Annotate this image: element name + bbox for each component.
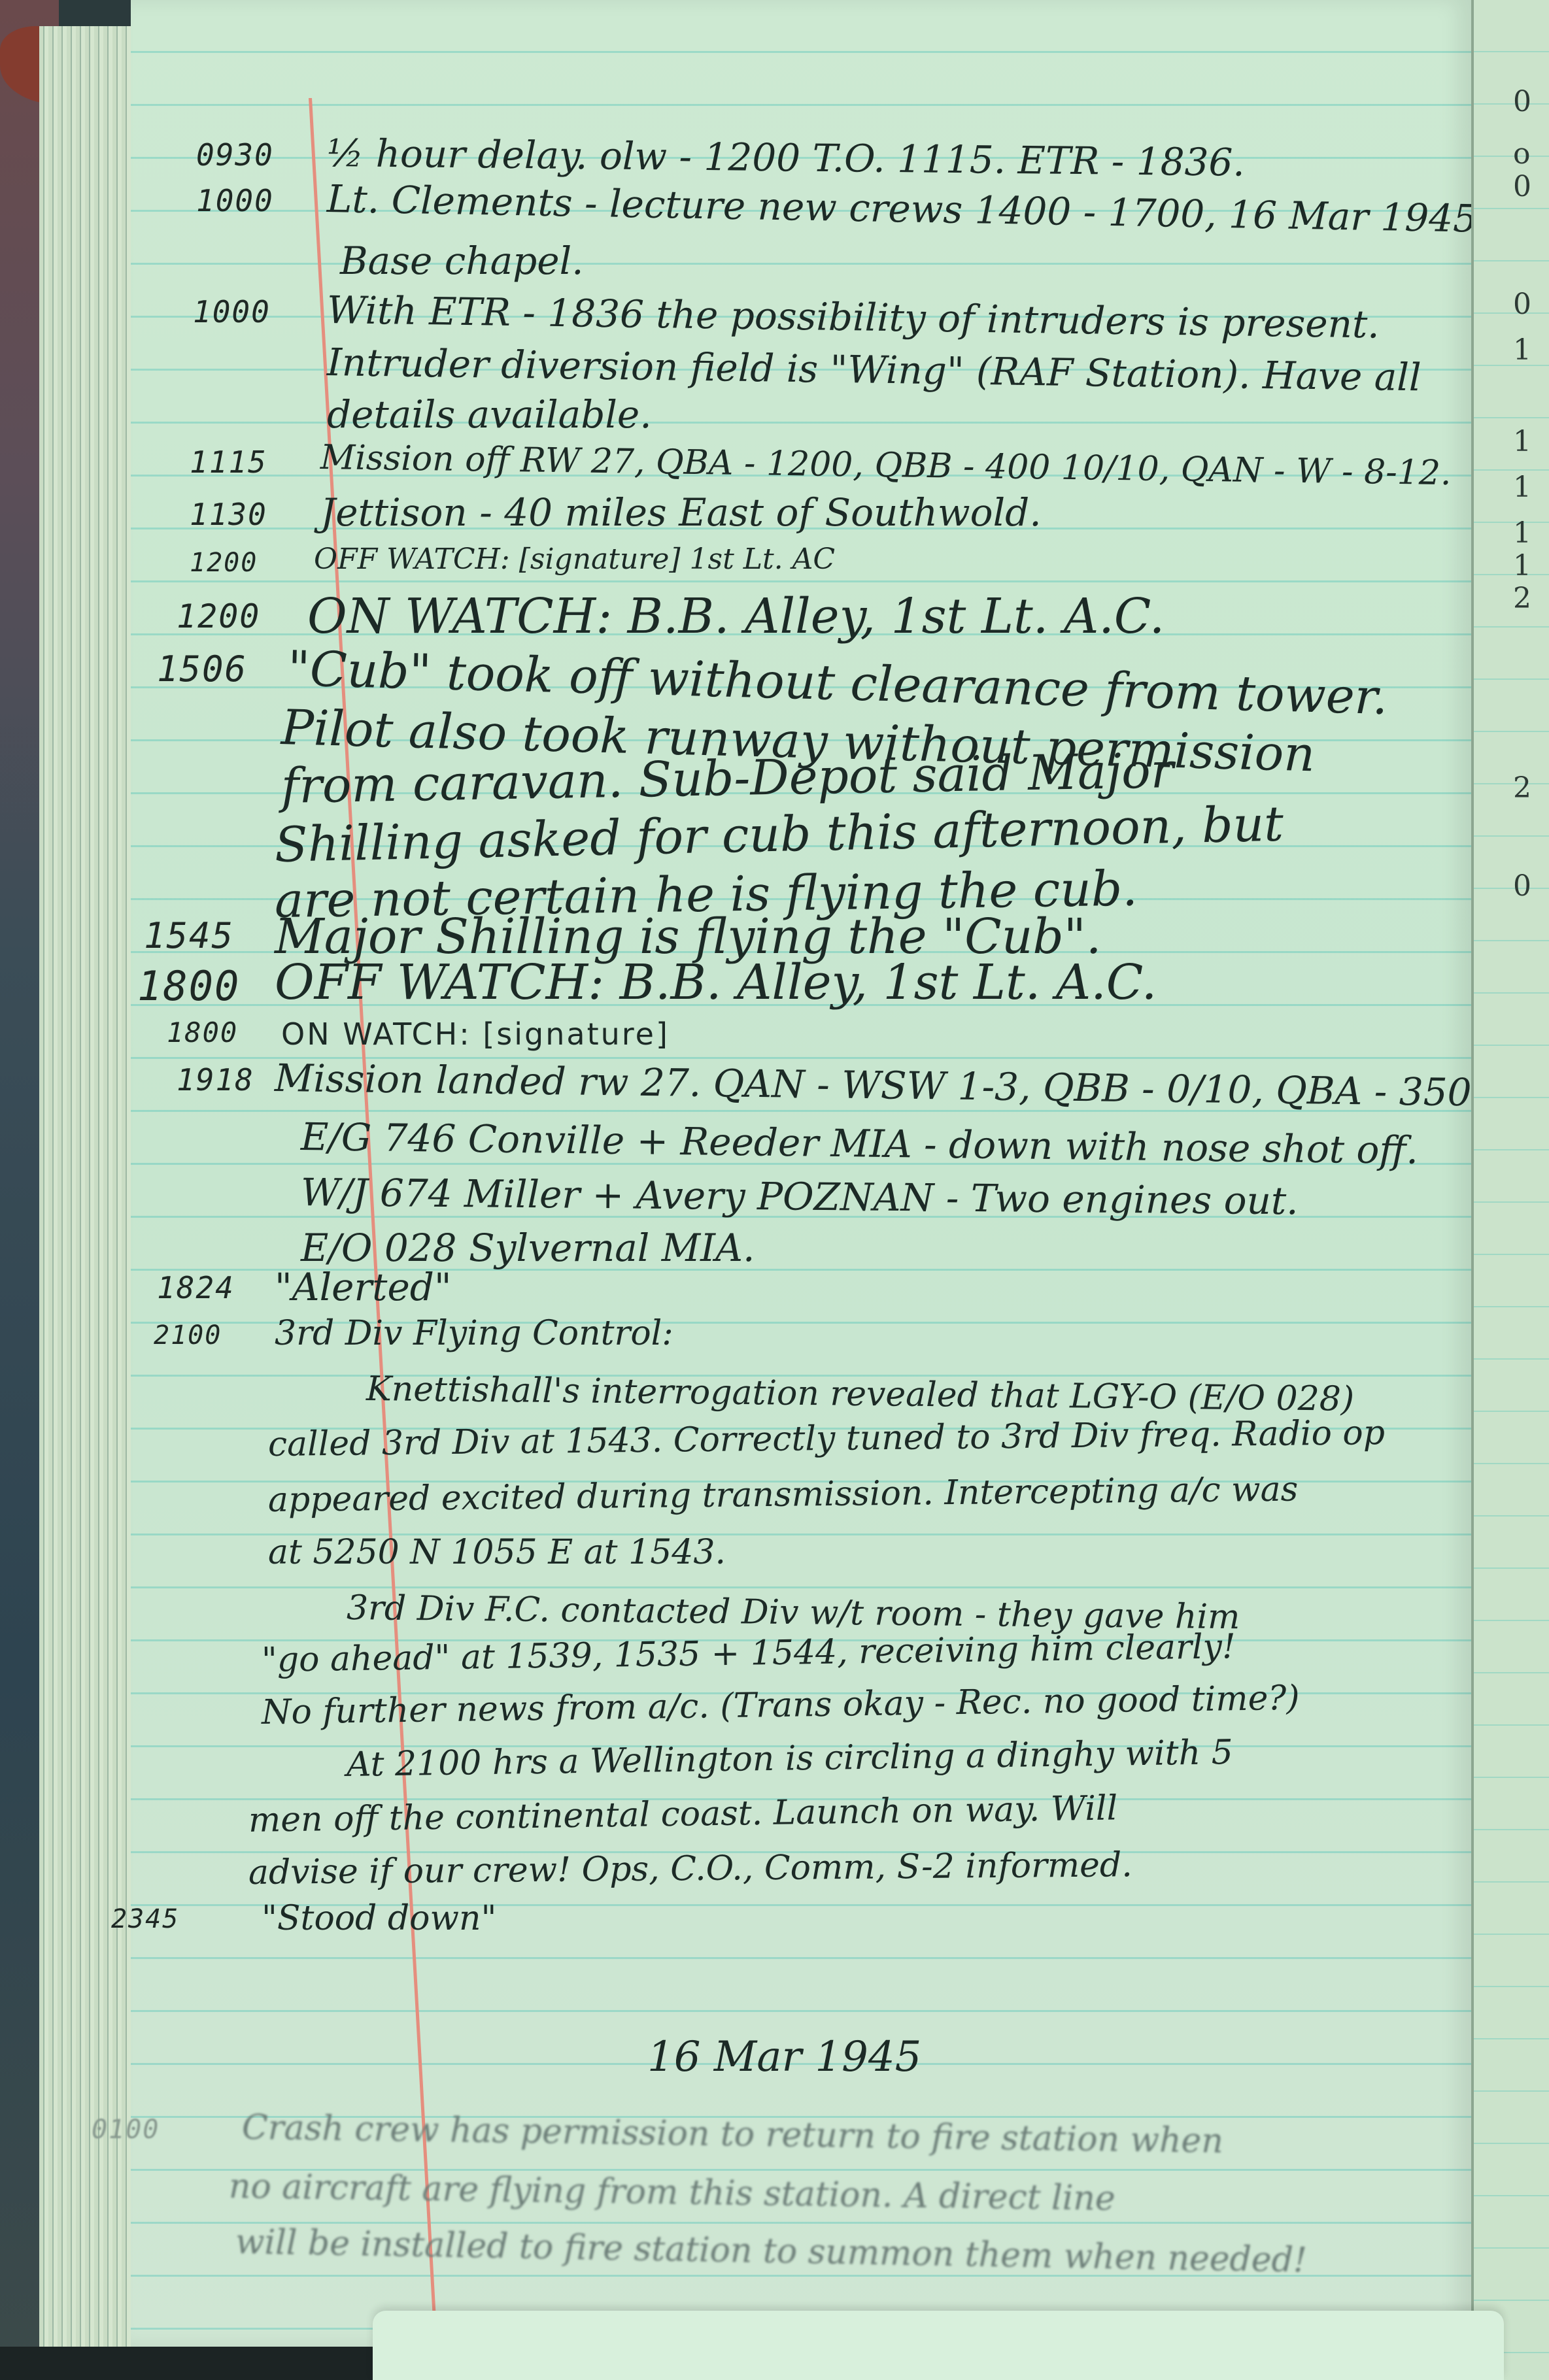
entry-time: 0100 xyxy=(92,2115,160,2145)
entry-time: 1200 xyxy=(190,548,258,578)
adjacent-page-glyph: 1 xyxy=(1513,549,1531,582)
desk-shadow xyxy=(0,2347,379,2380)
entry-line: details available. xyxy=(327,392,652,437)
adjacent-page-glyph: 0 xyxy=(1513,869,1531,903)
adjacent-page-glyph: 0 xyxy=(1513,170,1531,203)
entry-time: 1800 xyxy=(137,962,240,1010)
entry-line: Mission landed rw 27. QAN - WSW 1-3, QBB… xyxy=(275,1056,1496,1115)
entry-line: no aircraft are flying from this station… xyxy=(229,2167,1116,2219)
entry-time: 1000 xyxy=(193,294,271,329)
entry-line: ½ hour delay. olw - 1200 T.O. 1115. ETR … xyxy=(327,131,1246,185)
entry-time: 1824 xyxy=(157,1270,235,1305)
entry-line: 3rd Div Flying Control: xyxy=(275,1314,673,1353)
entry-line: will be installed to fire station to sum… xyxy=(235,2222,1307,2281)
entry-time: 1130 xyxy=(190,497,267,532)
entry-line: Intruder diversion field is "Wing" (RAF … xyxy=(327,340,1421,399)
adjacent-page-glyph: 2 xyxy=(1513,771,1531,805)
adjacent-page-glyph: 0 xyxy=(1513,288,1531,321)
entry-line: men off the continental coast. Launch on… xyxy=(248,1788,1118,1840)
entry-time: 2345 xyxy=(111,1904,179,1934)
entry-line: With ETR - 1836 the possibility of intru… xyxy=(327,288,1380,346)
entry-time: 0930 xyxy=(196,137,274,173)
entry-line: E/G 746 Conville + Reeder MIA - down wit… xyxy=(301,1115,1419,1173)
entry-line: Crash crew has permission to return to f… xyxy=(242,2108,1224,2161)
adjacent-page-glyph: 2 xyxy=(1513,582,1531,615)
adjacent-page-glyph: 0 xyxy=(1513,85,1531,118)
entry-line: E/O 028 Sylvernal MIA. xyxy=(301,1226,755,1270)
entry-time: 1200 xyxy=(177,597,260,635)
entry-line: ON WATCH: B.B. Alley, 1st Lt. A.C. xyxy=(307,588,1165,645)
entry-line: "Stood down" xyxy=(262,1899,496,1938)
entry-line: OFF WATCH: [signature] 1st Lt. AC xyxy=(314,543,835,576)
adjacent-page-glyph: o xyxy=(1513,137,1531,171)
entry-line: advise if our crew! Ops, C.O., Comm, S-2… xyxy=(248,1845,1132,1892)
entry-line: Lt. Clements - lecture new crews 1400 - … xyxy=(326,176,1489,241)
entry-line: W/J 674 Miller + Avery POZNAN - Two engi… xyxy=(301,1170,1299,1223)
entry-time: 1000 xyxy=(196,183,274,218)
date-header: 16 Mar 1945 xyxy=(647,2033,921,2081)
adjacent-page-edge: 0 o 0 0 1 1 1 1 1 2 2 0 xyxy=(1471,0,1549,2380)
entry-line: No further news from a/c. (Trans okay - … xyxy=(262,1679,1300,1732)
entry-time: 1506 xyxy=(157,648,247,690)
adjacent-page-glyph: 1 xyxy=(1513,471,1531,504)
entry-line: Knettishall's interrogation revealed tha… xyxy=(366,1369,1355,1419)
entry-time: 1115 xyxy=(190,444,267,480)
page-tab-card xyxy=(373,2311,1504,2380)
entry-line: Base chapel. xyxy=(340,239,584,283)
page-edges xyxy=(39,26,139,2353)
entry-time: 1800 xyxy=(167,1016,238,1048)
entry-line: Mission off RW 27, QBA - 1200, QBB - 400… xyxy=(320,438,1452,493)
entry-time: 1918 xyxy=(177,1062,254,1098)
adjacent-page-glyph: 1 xyxy=(1513,516,1531,550)
entry-line: "Alerted" xyxy=(275,1265,452,1309)
entry-line: ON WATCH: [signature] xyxy=(281,1016,670,1052)
entry-time: 1545 xyxy=(144,915,234,956)
adjacent-page-glyph: 1 xyxy=(1513,425,1531,458)
adjacent-page-glyph: 1 xyxy=(1513,333,1531,367)
entry-line: Jettison - 40 miles East of Southwold. xyxy=(320,490,1042,535)
entry-time: 2100 xyxy=(154,1320,222,1350)
entry-line: At 2100 hrs a Wellington is circling a d… xyxy=(347,1733,1234,1785)
logbook-page: 0930 ½ hour delay. olw - 1200 T.O. 1115.… xyxy=(131,0,1471,2347)
entry-line: "go ahead" at 1539, 1535 + 1544, receivi… xyxy=(262,1627,1236,1680)
entry-line: at 5250 N 1055 E at 1543. xyxy=(268,1533,726,1572)
entry-line: OFF WATCH: B.B. Alley, 1st Lt. A.C. xyxy=(275,954,1157,1011)
entry-line: appeared excited during transmission. In… xyxy=(268,1470,1299,1520)
entry-line: called 3rd Div at 1543. Correctly tuned … xyxy=(268,1413,1386,1464)
